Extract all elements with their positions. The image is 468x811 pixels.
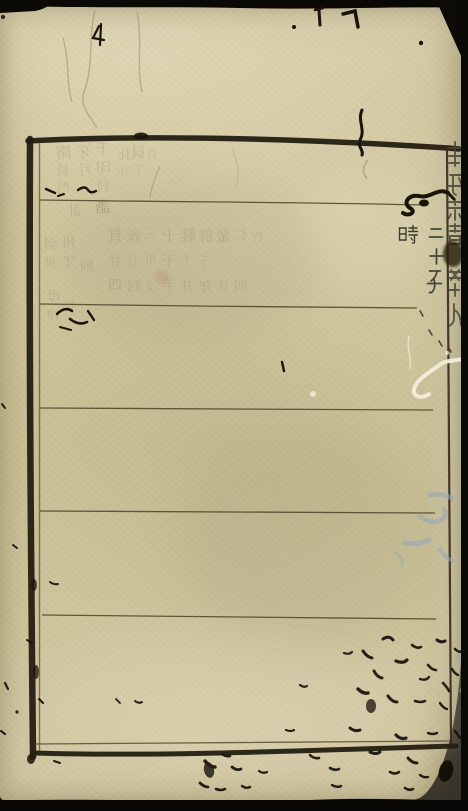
scan-edge-bottom-bar <box>0 800 468 811</box>
paper-sheet <box>0 6 462 800</box>
generation-label: 二十子 <box>427 222 444 282</box>
scan-edge-right <box>461 0 468 811</box>
scanned-genealogy-page: 隋員門牙月千印刊諧卦井員丁貝計羽卅州守刑母净扔賀甘四姪廿回三卅乂十干羊鞋十井辟千… <box>0 0 468 811</box>
annotation-time: 時 <box>397 223 414 242</box>
